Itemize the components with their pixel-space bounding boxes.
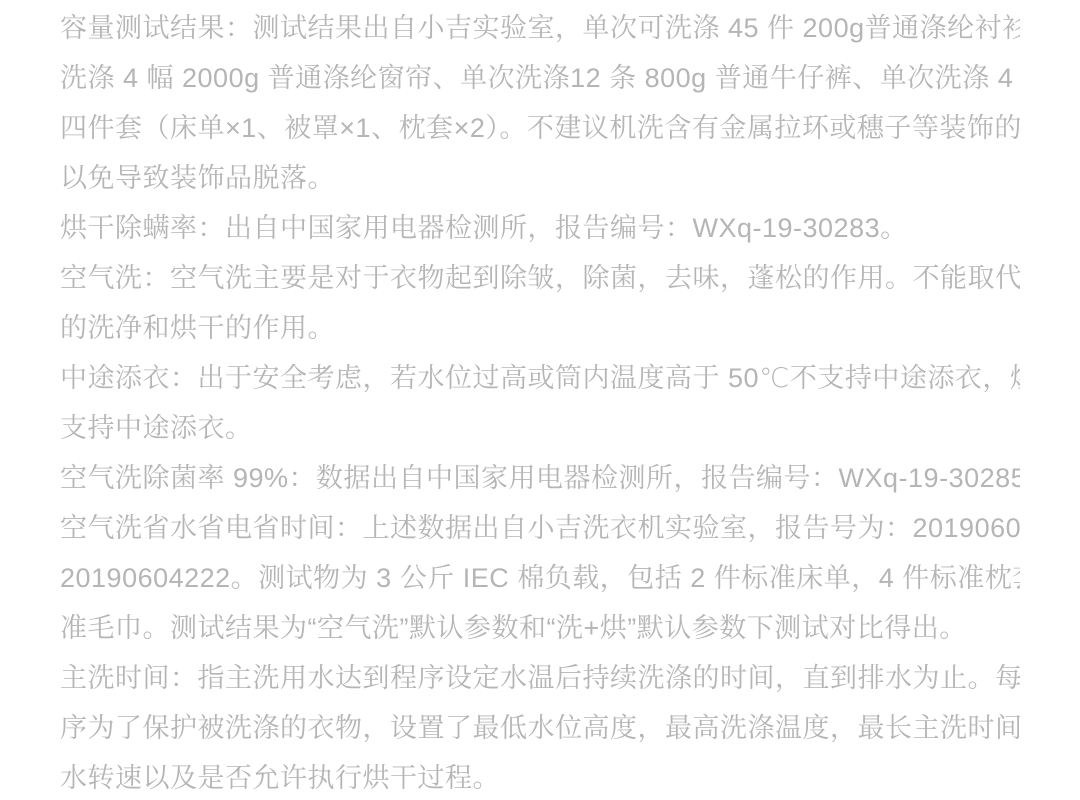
text-line: 四件套（床单×1、被罩×1、枕套×2）。不建议机洗含有金属拉环或穗子等装饰的窗帘… [60,103,1020,153]
paragraph-mid-cycle-add-clothes: 中途添衣：出于安全考虑，若水位过高或筒内温度高于 50℃不支持中途添衣，烘干阶段… [60,353,1020,453]
paragraph-capacity-test-results: 容量测试结果：测试结果出自小吉实验室，单次可洗涤 45 件 200g普通涤纶衬衫… [60,3,1020,203]
product-notes-section: 容量测试结果：测试结果出自小吉实验室，单次可洗涤 45 件 200g普通涤纶衬衫… [0,0,1080,800]
text-line: 空气洗省水省电省时间：上述数据出自小吉洗衣机实验室，报告号为：201906042… [60,503,1020,553]
paragraph-main-wash-time: 主洗时间：指主洗用水达到程序设定水温后持续洗涤的时间，直到排水为止。每种洗涤程 … [60,653,1020,800]
text-line: 支持中途添衣。 [60,403,1020,453]
text-line: 烘干除螨率：出自中国家用电器检测所，报告编号：WXq-19-30283。 [60,203,1020,253]
text-line: 中途添衣：出于安全考虑，若水位过高或筒内温度高于 50℃不支持中途添衣，烘干阶段… [60,353,1020,403]
text-line: 容量测试结果：测试结果出自小吉实验室，单次可洗涤 45 件 200g普通涤纶衬衫… [60,3,1020,53]
text-line: 的洗净和烘干的作用。 [60,303,1020,353]
text-line: 洗涤 4 幅 2000g 普通涤纶窗帘、单次洗涤12 条 800g 普通牛仔裤、… [60,53,1020,103]
paragraph-air-wash-savings: 空气洗省水省电省时间：上述数据出自小吉洗衣机实验室，报告号为：201906042… [60,503,1020,653]
text-line: 以免导致装饰品脱落。 [60,153,1020,203]
text-line: 序为了保护被洗涤的衣物，设置了最低水位高度，最高洗涤温度，最长主洗时间，最大脱 [60,703,1020,753]
text-line: 空气洗：空气洗主要是对于衣物起到除皱，除菌，去味，蓬松的作用。不能取代“洗+烘” [60,253,1020,303]
text-line: 20190604222。测试物为 3 公斤 IEC 棉负载，包括 2 件标准床单… [60,553,1020,603]
paragraph-drying-mite-removal-rate: 烘干除螨率：出自中国家用电器检测所，报告编号：WXq-19-30283。 [60,203,1020,253]
text-line: 准毛巾。测试结果为“空气洗”默认参数和“洗+烘”默认参数下测试对比得出。 [60,603,1020,653]
paragraph-air-wash: 空气洗：空气洗主要是对于衣物起到除皱，除菌，去味，蓬松的作用。不能取代“洗+烘”… [60,253,1020,353]
text-line: 主洗时间：指主洗用水达到程序设定水温后持续洗涤的时间，直到排水为止。每种洗涤程 [60,653,1020,703]
text-line: 水转速以及是否允许执行烘干过程。 [60,753,1020,800]
text-line: 空气洗除菌率 99%：数据出自中国家用电器检测所，报告编号：WXq-19-302… [60,453,1020,503]
paragraph-air-wash-sterilization-rate: 空气洗除菌率 99%：数据出自中国家用电器检测所，报告编号：WXq-19-302… [60,453,1020,503]
